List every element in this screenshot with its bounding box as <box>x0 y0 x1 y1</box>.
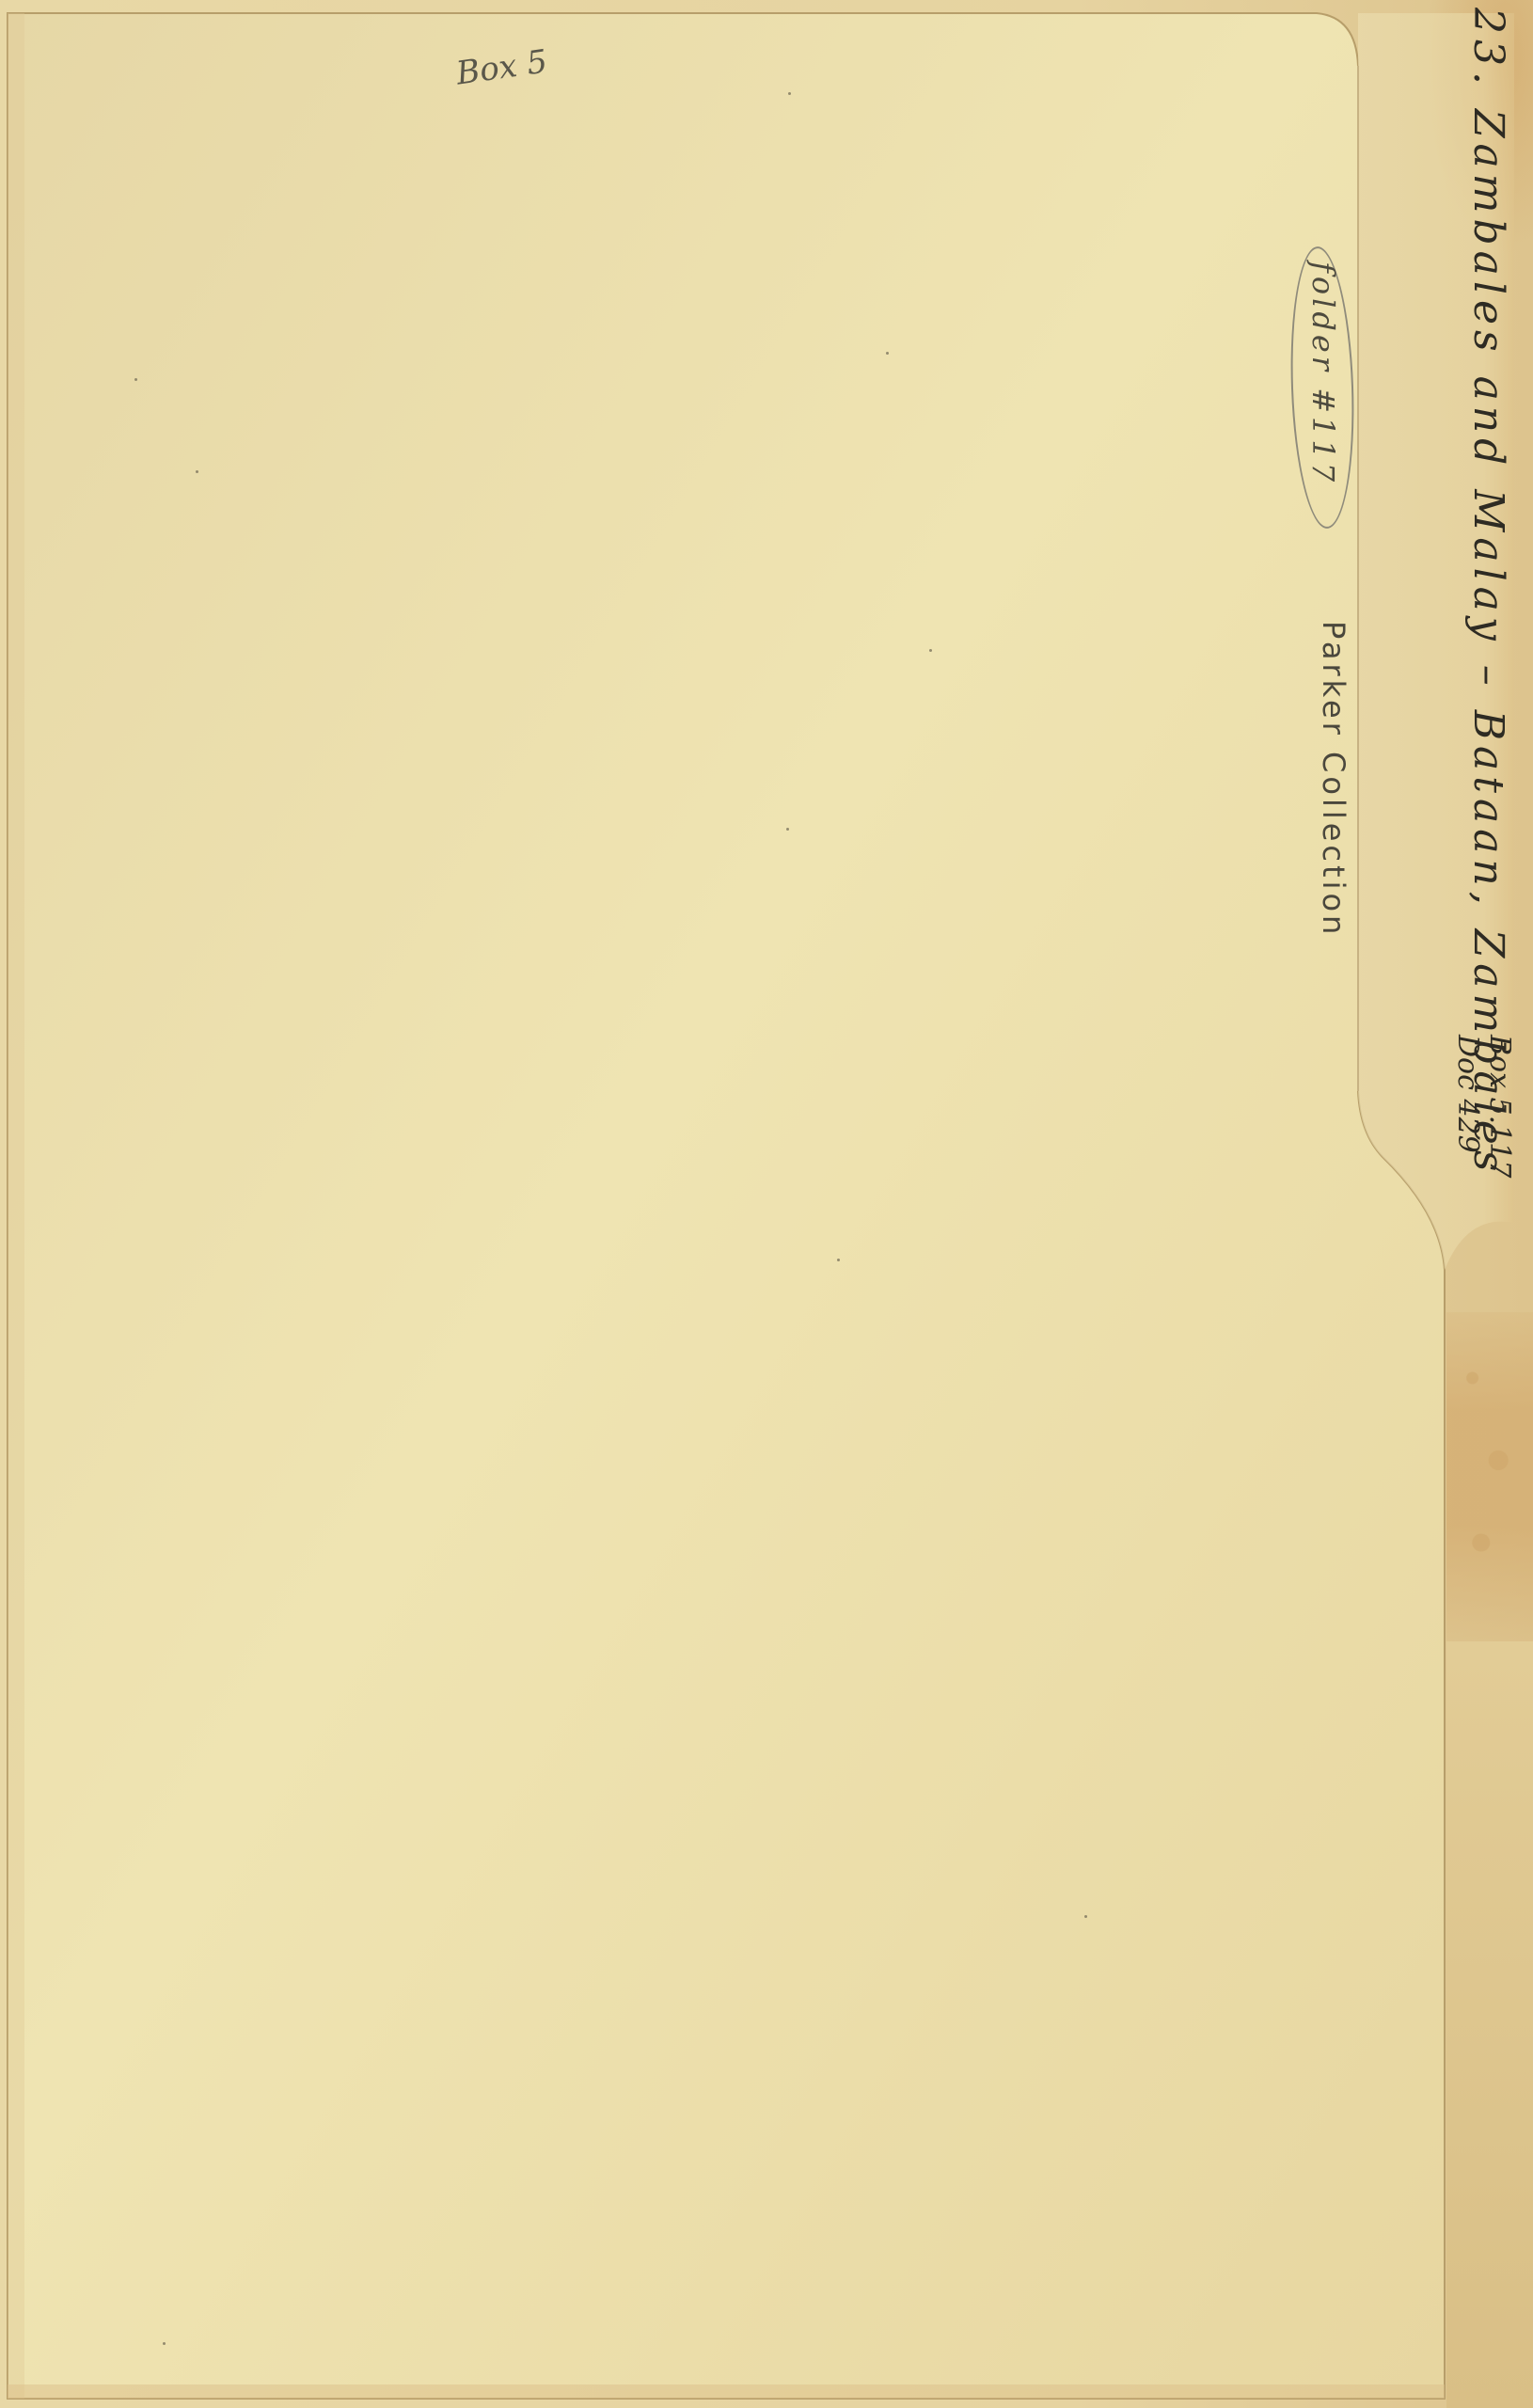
paper-speck <box>929 649 932 652</box>
folder-tab-title: 23. Zambales and Malay – Bataan, Zambale… <box>1464 8 1512 1177</box>
paper-speck <box>134 378 137 381</box>
box-reference: Box 5.117 <box>1483 1035 1516 1178</box>
paper-speck <box>163 2342 166 2345</box>
paper-speck <box>786 828 789 831</box>
paper-speck <box>788 92 791 95</box>
collection-label: Parker Collection <box>1316 621 1351 938</box>
paper-speck <box>196 470 198 473</box>
paper-speck <box>1084 1915 1087 1918</box>
folder-front-cover: Box 5 folder #117 Parker Collection 23. … <box>0 0 1533 2408</box>
paper-speck <box>886 352 889 355</box>
folder-number-label: folder #117 <box>1305 261 1341 485</box>
paper-speck <box>837 1259 840 1261</box>
doc-reference: Doc 429 <box>1451 1035 1484 1153</box>
